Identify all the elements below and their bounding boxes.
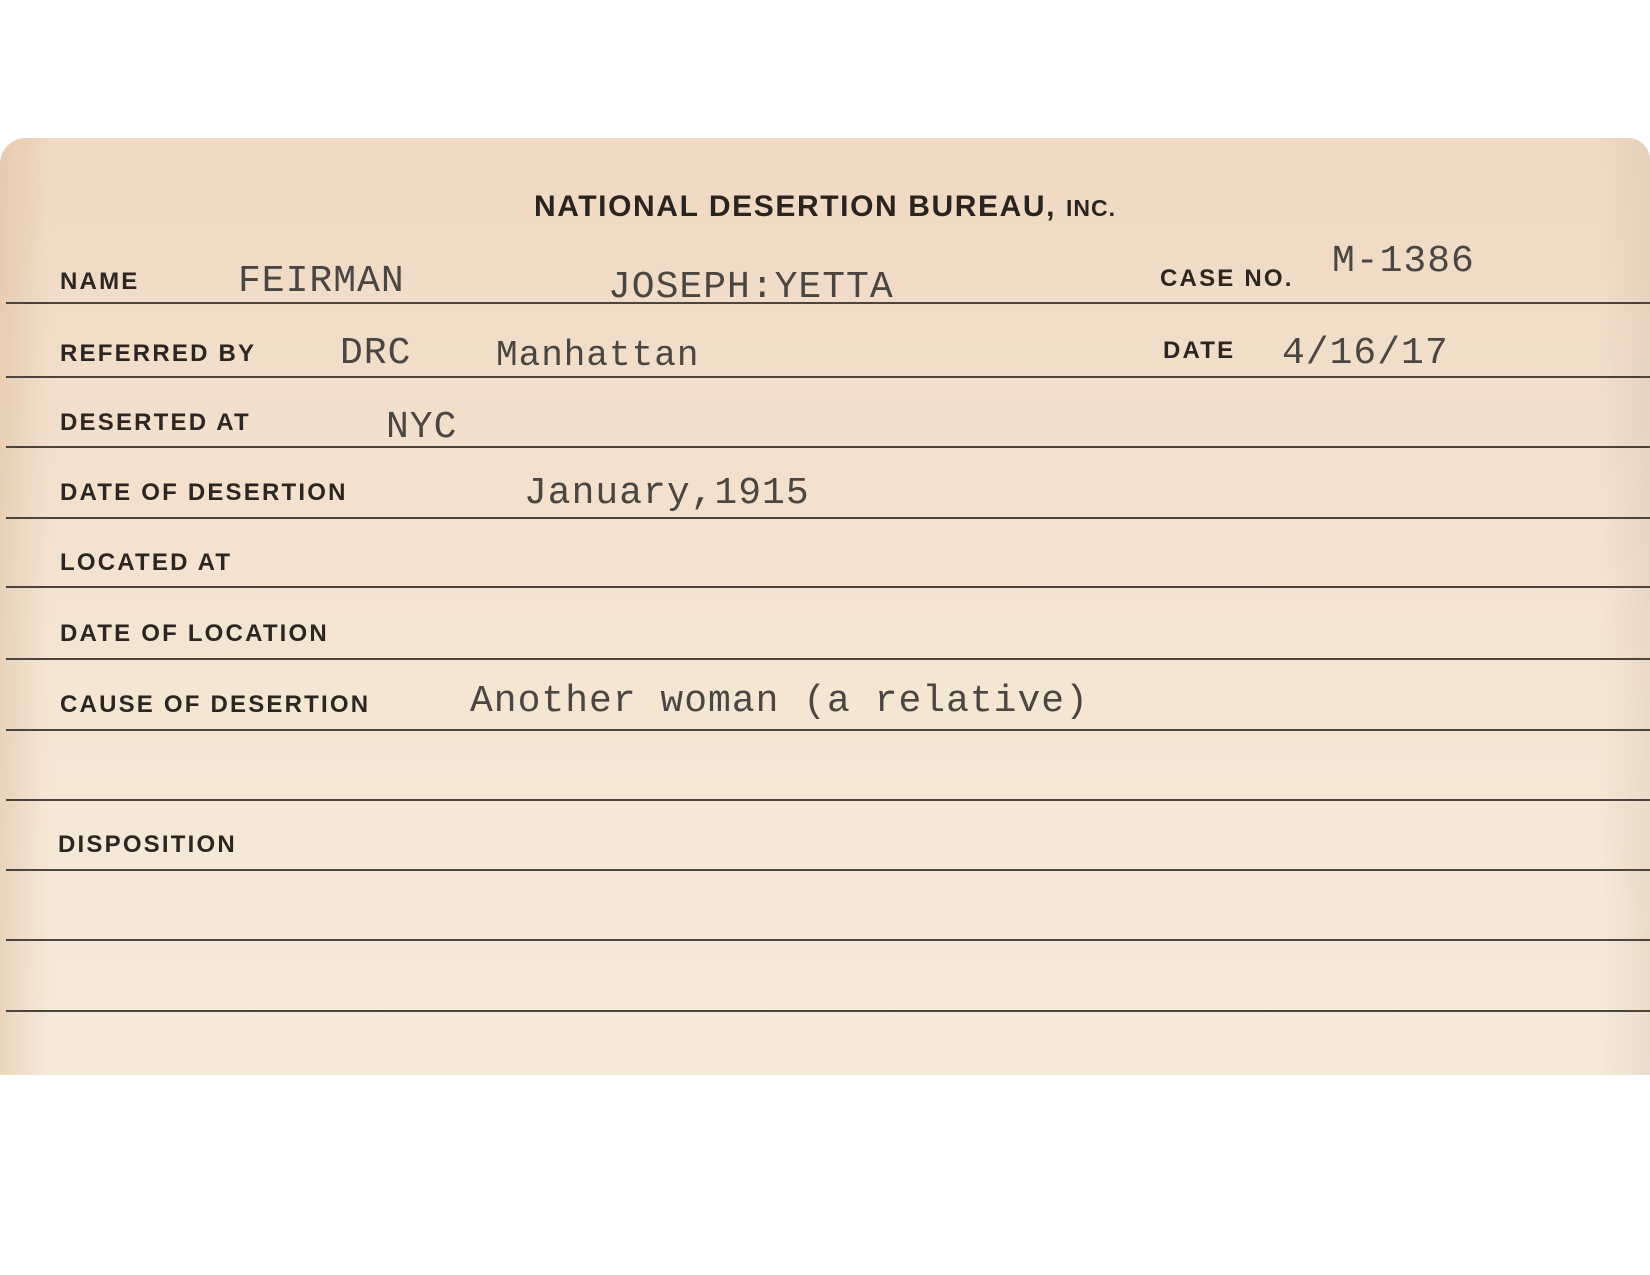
case-no-value: M-1386 <box>1332 240 1475 283</box>
case-no-label: CASE NO. <box>1160 265 1294 293</box>
rule-line <box>6 869 1650 871</box>
date-of-desertion-label: DATE OF DESERTION <box>60 479 348 507</box>
date-of-desertion-value: January,1915 <box>524 472 810 515</box>
rule-line <box>6 586 1650 588</box>
rule-line <box>6 939 1650 941</box>
index-card: NATIONAL DESERTION BUREAU, INC. NAME FEI… <box>0 138 1650 1075</box>
rule-line <box>6 1010 1650 1012</box>
referred-by-location: Manhattan <box>496 335 699 376</box>
name-label: NAME <box>60 268 139 296</box>
surname-value: FEIRMAN <box>238 260 405 303</box>
deserted-at-value: NYC <box>386 406 457 449</box>
card-title: NATIONAL DESERTION BUREAU, INC. <box>0 190 1650 224</box>
cause-of-desertion-label: CAUSE OF DESERTION <box>60 691 370 719</box>
rule-line <box>6 376 1650 378</box>
rule-line <box>6 517 1650 519</box>
referred-by-agency: DRC <box>340 332 411 375</box>
date-value: 4/16/17 <box>1282 332 1449 375</box>
deserted-at-label: DESERTED AT <box>60 409 251 437</box>
located-at-label: LOCATED AT <box>60 549 232 577</box>
date-of-location-label: DATE OF LOCATION <box>60 620 329 648</box>
rule-line <box>6 729 1650 731</box>
disposition-label: DISPOSITION <box>58 831 237 859</box>
bureau-name: NATIONAL DESERTION BUREAU, <box>534 190 1056 223</box>
date-label: DATE <box>1163 337 1235 365</box>
rule-line <box>6 446 1650 448</box>
cause-of-desertion-value: Another woman (a relative) <box>470 680 1089 723</box>
rule-line <box>6 658 1650 660</box>
bureau-suffix: INC. <box>1066 195 1116 221</box>
rule-line <box>6 799 1650 801</box>
rule-line <box>6 302 1650 304</box>
referred-by-label: REFERRED BY <box>60 340 256 368</box>
